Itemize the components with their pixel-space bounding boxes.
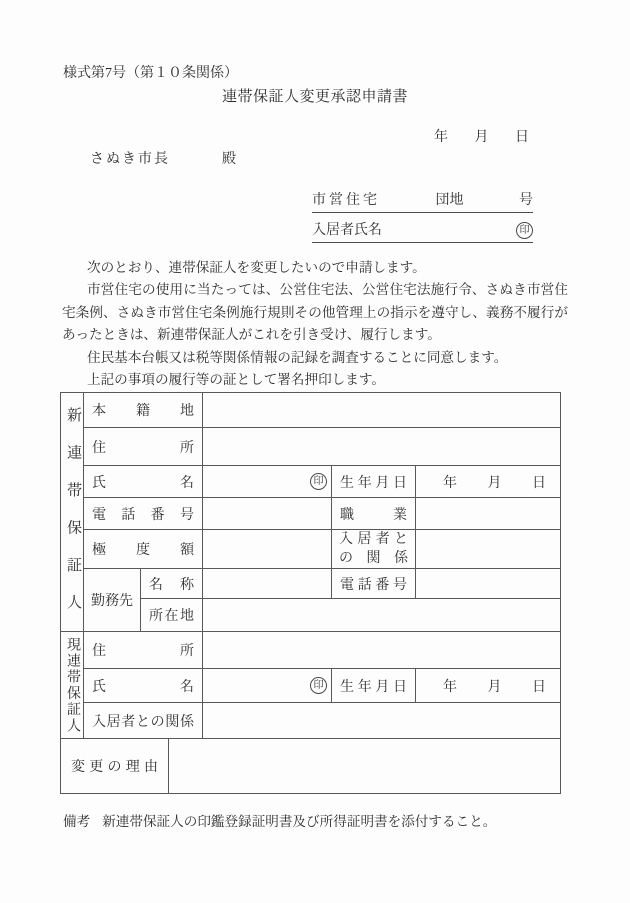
table-row: 現連帯保証人 住所 <box>61 632 561 669</box>
seal-icon: 印 <box>516 222 533 239</box>
new-address-value <box>203 428 561 466</box>
current-tenant-relation-value <box>203 703 561 739</box>
new-workplace-address-value <box>203 599 561 632</box>
housing-number-label: 号 <box>519 189 533 209</box>
tenant-name-label: 入居者氏名 <box>312 219 382 239</box>
day-label: 日 <box>532 676 546 696</box>
new-occupation-value <box>416 498 561 530</box>
page-title: 連帯保証人変更承認申請書 <box>0 85 630 106</box>
table-row: 氏名 印 生年月日 年 月 日 <box>61 669 561 703</box>
new-tenant-relation-value <box>416 530 561 569</box>
table-row: 勤務先 名称 電話番号 <box>61 569 561 599</box>
current-birthdate-value: 年 月 日 <box>416 669 561 703</box>
table-row: 電話番号 職業 <box>61 498 561 530</box>
date-line: 年 月 日 <box>434 126 529 146</box>
section-new-guarantor: 新連帯保証人 <box>61 393 84 632</box>
new-workplace-address-label: 所在地 <box>141 599 203 632</box>
current-birthdate-label: 生年月日 <box>332 669 416 703</box>
table-row: 変更の理由 <box>61 739 561 794</box>
current-tenant-relation-label: 入居者との関係 <box>84 703 203 739</box>
new-address-label: 住所 <box>84 428 203 466</box>
remarks-label: 備考 <box>63 810 90 830</box>
new-registered-domicile-value <box>203 393 561 428</box>
date-year-label: 年 <box>434 126 448 146</box>
paragraph-signature: 上記の事項の履行等の証として署名押印します。 <box>62 369 568 391</box>
current-name-label: 氏名 <box>84 669 203 703</box>
new-workplace-label: 勤務先 <box>84 569 141 632</box>
section-label-new-guarantor: 新連帯保証人 <box>61 407 83 609</box>
new-birthdate-value: 年 月 日 <box>416 466 561 498</box>
paragraph-obligation: 市営住宅の使用に当たっては、公営住宅法、公営住宅法施行令、さぬき市営住宅条例、さ… <box>62 279 568 346</box>
addressee-line: さぬき市長 殿 <box>90 148 236 168</box>
month-label: 月 <box>488 676 502 696</box>
addressee-honorific: 殿 <box>222 148 236 168</box>
housing-unit-label: 団地 <box>436 189 464 209</box>
application-form-page: 様式第7号（第１０条関係） 連帯保証人変更承認申請書 年 月 日 さぬき市長 殿… <box>0 0 630 903</box>
day-label: 日 <box>532 472 546 492</box>
housing-label: 市営住宅 <box>312 189 380 209</box>
date-day-label: 日 <box>515 126 529 146</box>
paragraph-consent: 住民基本台帳又は税等関係情報の記録を調査することに同意します。 <box>62 347 568 369</box>
addressee-name: さぬき市長 <box>90 148 170 168</box>
new-occupation-label: 職業 <box>332 498 416 530</box>
table-row: 住所 <box>61 428 561 466</box>
tenant-name-field-line: 入居者氏名 印 <box>312 219 533 243</box>
new-name-label: 氏名 <box>84 466 203 498</box>
table-row: 極度額 入居者との関係 <box>61 530 561 569</box>
remarks-text: 新連帯保証人の印鑑登録証明書及び所得証明書を添付すること。 <box>102 810 496 830</box>
new-workplace-phone-label: 電話番号 <box>332 569 416 599</box>
new-workplace-phone-value <box>416 569 561 599</box>
change-reason-label: 変更の理由 <box>61 739 169 794</box>
table-row: 氏名 印 生年月日 年 月 日 <box>61 466 561 498</box>
new-tenant-relation-label: 入居者との関係 <box>332 530 416 569</box>
remarks-note: 備考 新連帯保証人の印鑑登録証明書及び所得証明書を添付すること。 <box>63 810 496 830</box>
housing-field-line: 市営住宅 団地 号 <box>312 189 533 213</box>
year-label: 年 <box>443 676 457 696</box>
new-name-value: 印 <box>203 466 332 498</box>
year-label: 年 <box>443 472 457 492</box>
table-row: 入居者との関係 <box>61 703 561 739</box>
date-month-label: 月 <box>475 126 489 146</box>
guarantor-table: 新連帯保証人 本籍地 住所 氏名 印 生年月日 年 月 日 <box>60 392 561 794</box>
body-paragraphs: 次のとおり、連帯保証人を変更したいので申請します。 市営住宅の使用に当たっては、… <box>62 257 568 391</box>
new-registered-domicile-label: 本籍地 <box>84 393 203 428</box>
change-reason-value <box>169 739 561 794</box>
month-label: 月 <box>488 472 502 492</box>
paragraph-application: 次のとおり、連帯保証人を変更したいので申請します。 <box>62 257 568 279</box>
section-label-current-guarantor: 現連帯保証人 <box>61 637 83 732</box>
table-row: 新連帯保証人 本籍地 <box>61 393 561 428</box>
new-workplace-name-label: 名称 <box>141 569 203 599</box>
current-address-value <box>203 632 561 669</box>
new-phone-value <box>203 498 332 530</box>
new-birthdate-label: 生年月日 <box>332 466 416 498</box>
seal-icon: 印 <box>310 473 327 490</box>
section-current-guarantor: 現連帯保証人 <box>61 632 84 739</box>
seal-icon: 印 <box>310 677 327 694</box>
form-number: 様式第7号（第１０条関係） <box>63 62 238 82</box>
new-max-amount-value <box>203 530 332 569</box>
new-phone-label: 電話番号 <box>84 498 203 530</box>
new-max-amount-label: 極度額 <box>84 530 203 569</box>
current-address-label: 住所 <box>84 632 203 669</box>
current-name-value: 印 <box>203 669 332 703</box>
new-workplace-name-value <box>203 569 332 599</box>
